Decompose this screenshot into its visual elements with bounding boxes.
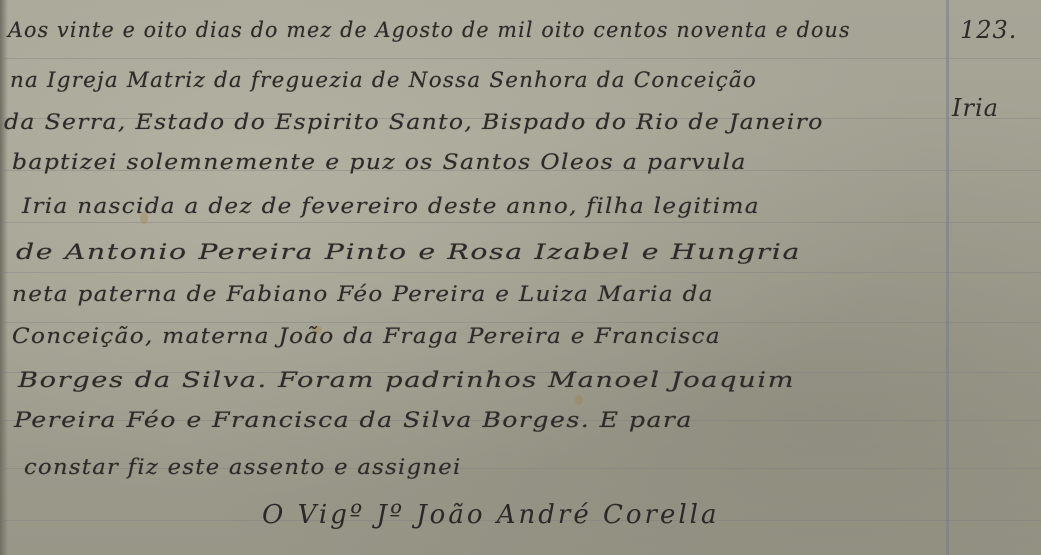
record-line-7: neta paterna de Fabiano Féo Pereira e Lu… <box>12 282 714 306</box>
ruled-line <box>0 222 1041 223</box>
record-line-6: de Antonio Pereira Pinto e Rosa Izabel e… <box>16 240 801 264</box>
record-line-3: da Serra, Estado do Espirito Santo, Bisp… <box>4 110 824 134</box>
margin-name: Iria <box>952 94 999 122</box>
record-line-1: Aos vinte e oito dias do mez de Agosto d… <box>8 18 919 42</box>
entry-number: 123. <box>960 16 1017 44</box>
ruled-line <box>0 322 1041 323</box>
record-line-10: Pereira Féo e Francisca da Silva Borges.… <box>14 408 693 432</box>
document-page: Aos vinte e oito dias do mez de Agosto d… <box>0 0 1041 555</box>
record-line-5: Iria nascida a dez de fevereiro deste an… <box>22 194 760 218</box>
ruled-line <box>0 272 1041 273</box>
priest-signature: O Vigº Jº João André Corella <box>262 500 720 530</box>
record-line-8: Conceição, materna João da Fraga Pereira… <box>12 324 721 348</box>
record-line-11: constar fiz este assento e assignei <box>24 455 462 479</box>
record-line-4: baptizei solemnemente e puz os Santos Ol… <box>12 150 747 174</box>
ink-stain <box>575 395 583 405</box>
ruled-line <box>0 58 1041 59</box>
margin-line <box>946 0 949 555</box>
record-line-2: na Igreja Matriz da freguezia de Nossa S… <box>10 68 757 92</box>
page-edge-shadow <box>0 0 8 555</box>
record-line-9: Borges da Silva. Foram padrinhos Manoel … <box>18 368 795 392</box>
